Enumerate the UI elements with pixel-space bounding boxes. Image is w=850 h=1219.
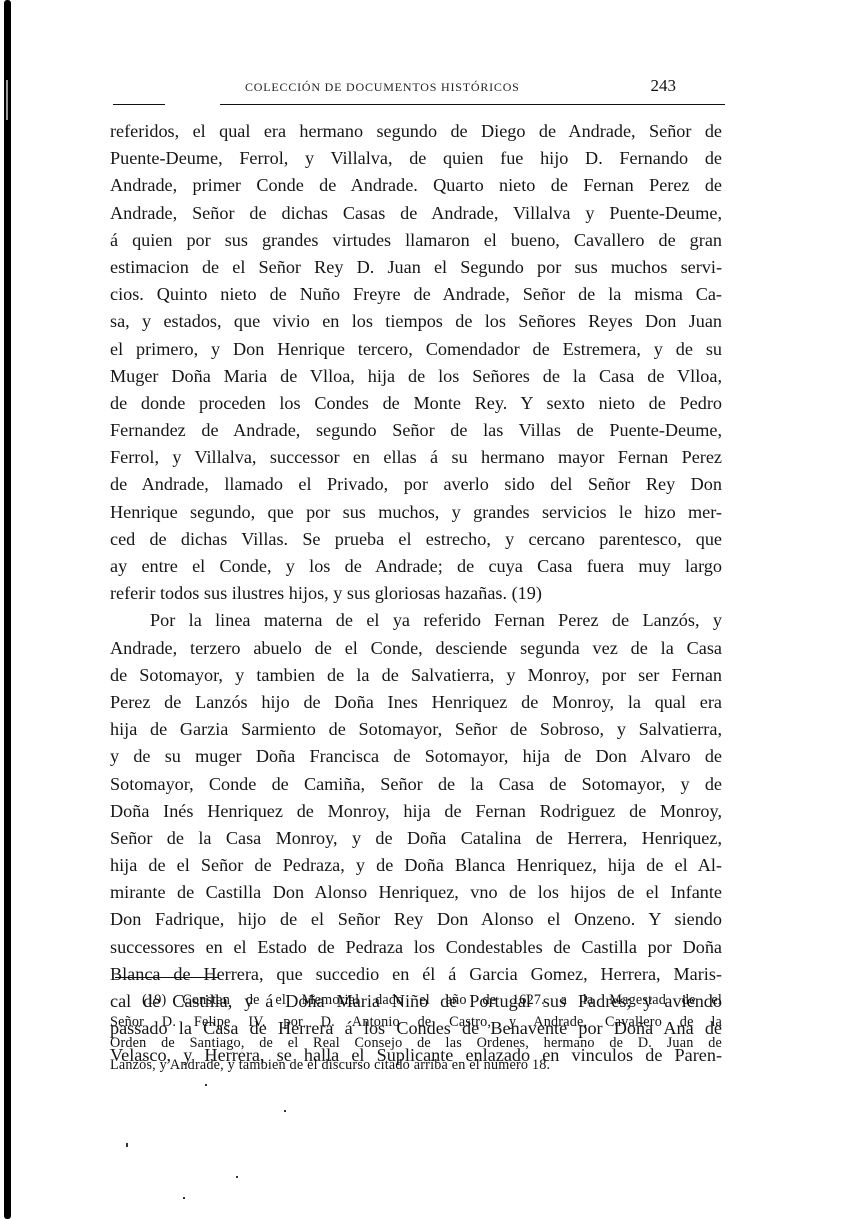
text-line: el primero, y Don Henrique tercero, Come…: [110, 336, 722, 363]
footnote: (19) Constan de el Memorial dado el año …: [110, 990, 722, 1076]
text-line: sa, y estados, que vivio en los tiempos …: [110, 308, 722, 335]
text-line: Fernandez de Andrade, segundo Señor de l…: [110, 417, 722, 444]
text-line: successores en el Estado de Pedraza los …: [110, 934, 722, 961]
running-title: COLECCIÓN DE DOCUMENTOS HISTÓRICOS: [245, 80, 520, 95]
text-line: Perez de Lanzós hijo de Doña Ines Henriq…: [110, 689, 722, 716]
text-line: ay entre el Conde, y los de Andrade; de …: [110, 553, 722, 580]
footnote-line: Orden de Santiago, de el Real Consejo de…: [110, 1033, 722, 1055]
page-number: 243: [651, 76, 677, 96]
scan-speck: [236, 1176, 238, 1178]
scan-speck: [205, 1084, 207, 1086]
running-head: COLECCIÓN DE DOCUMENTOS HISTÓRICOS 243: [110, 76, 722, 98]
text-line: cios. Quinto nieto de Nuño Freyre de And…: [110, 281, 722, 308]
text-line: hija de Garzia Sarmiento de Sotomayor, S…: [110, 716, 722, 743]
text-line: Blanca de Herrera, que succedio en él á …: [110, 961, 722, 988]
scan-speck: [126, 1143, 128, 1147]
page-binding-edge: [4, 0, 11, 1219]
text-line: de Andrade, llamado el Privado, por aver…: [110, 471, 722, 498]
scan-speck: [183, 1197, 185, 1199]
text-line: Don Fadrique, hijo de el Señor Rey Don A…: [110, 906, 722, 933]
text-line: á quien por sus grandes virtudes llamaro…: [110, 227, 722, 254]
text-line: hija de el Señor de Pedraza, y de Doña B…: [110, 852, 722, 879]
text-line: Doña Inés Henriquez de Monroy, hija de F…: [110, 798, 722, 825]
text-line-paragraph-start: Por la linea materna de el ya referido F…: [110, 607, 722, 634]
header-rule: [113, 104, 725, 105]
text-line: de Sotomayor, y tambien de la de Salvati…: [110, 662, 722, 689]
text-line: ced de dichas Villas. Se prueba el estre…: [110, 526, 722, 553]
footnote-line: Lanzós, y Andrade, y tambien de el discu…: [110, 1055, 722, 1077]
text-line: referidos, el qual era hermano segundo d…: [110, 118, 722, 145]
text-line: Andrade, Señor de dichas Casas de Andrad…: [110, 200, 722, 227]
text-line-paragraph-end: referir todos sus ilustres hijos, y sus …: [110, 580, 722, 607]
text-line: mirante de Castilla Don Alonso Henriquez…: [110, 879, 722, 906]
body-text: referidos, el qual era hermano segundo d…: [110, 118, 722, 1070]
text-line: y de su muger Doña Francisca de Sotomayo…: [110, 743, 722, 770]
text-line: Puente-Deume, Ferrol, y Villalva, de qui…: [110, 145, 722, 172]
text-line: Ferrol, y Villalva, successor en ellas á…: [110, 444, 722, 471]
footnote-line: Señor D. Felipe IV. por D. Antonio de Ca…: [110, 1012, 722, 1034]
footnote-separator: [115, 977, 219, 978]
text-line: de donde proceden los Condes de Monte Re…: [110, 390, 722, 417]
text-line: Señor de la Casa Monroy, y de Doña Catal…: [110, 825, 722, 852]
text-line: estimacion de el Señor Rey D. Juan el Se…: [110, 254, 722, 281]
text-line: Andrade, primer Conde de Andrade. Quarto…: [110, 172, 722, 199]
text-line: Henrique segundo, que por sus muchos, y …: [110, 499, 722, 526]
text-line: Andrade, terzero abuelo de el Conde, des…: [110, 635, 722, 662]
text-line: Muger Doña Maria de Vlloa, hija de los S…: [110, 363, 722, 390]
footnote-line: (19) Constan de el Memorial dado el año …: [110, 990, 722, 1012]
scan-speck: [284, 1110, 286, 1112]
text-line: Sotomayor, Conde de Camiña, Señor de la …: [110, 771, 722, 798]
